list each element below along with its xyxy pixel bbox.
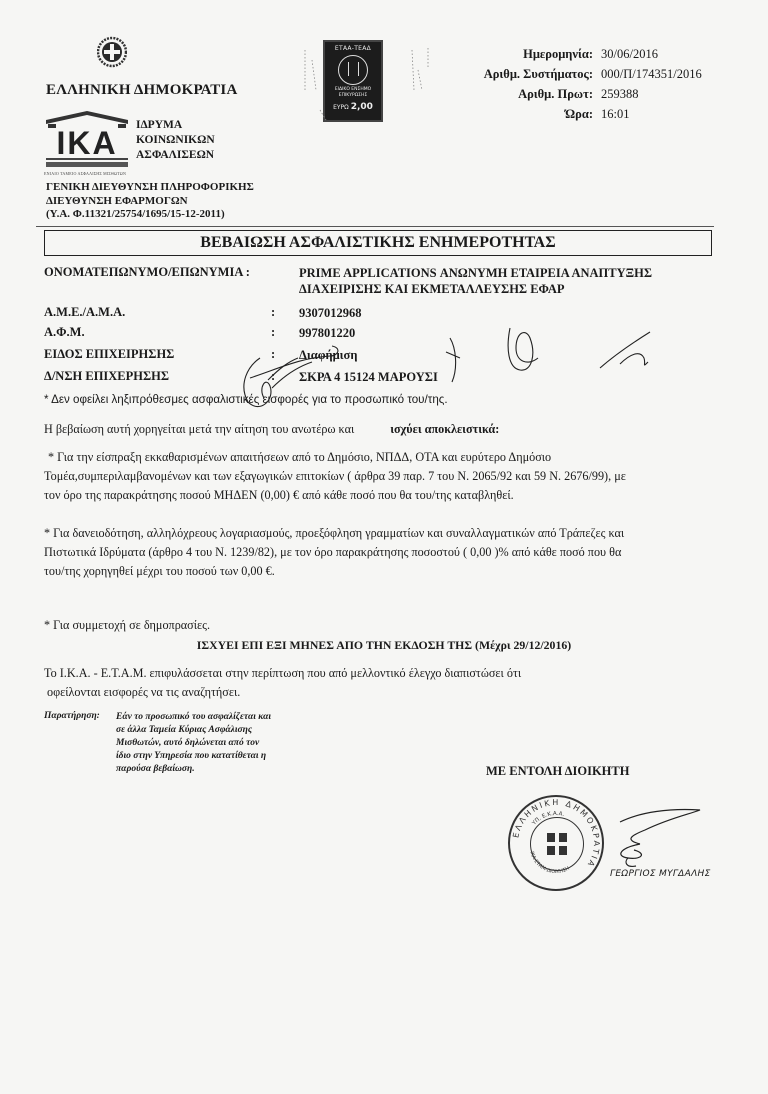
republic-heading: ΕΛΛΗΝΙΚΗ ΔΗΜΟΚΡΑΤΙΑ	[46, 82, 237, 99]
institution-name: ΙΔΡΥΜΑ ΚΟΙΝΩΝΙΚΩΝ ΑΣΦΑΛΙΣΕΩΝ	[136, 118, 215, 163]
field-label-afm: Α.Φ.Μ.	[44, 325, 85, 340]
handwritten-initials	[220, 318, 660, 418]
meta-time: Ώρα:16:01	[468, 104, 702, 124]
meta-system-number: Αριθμ. Συστήματος:000/Π/174351/2016	[468, 64, 702, 84]
meta-date: Ημερομηνία:30/06/2016	[468, 44, 702, 64]
intro-text: Η βεβαίωση αυτή χορηγείται μετά την αίτη…	[44, 420, 499, 439]
document-title: ΒΕΒΑΙΩΣΗ ΑΣΦΑΛΙΣΤΙΚΗΣ ΕΝΗΜΕΡΟΤΗΤΑΣ	[44, 230, 712, 256]
seal-cross-icon	[547, 833, 567, 855]
stamp-cancellation-marks	[300, 40, 450, 130]
meta-protocol-number: Αριθμ. Πρωτ:259388	[468, 84, 702, 104]
clause-public-sector: * Για την είσπραξη εκκαθαρισμένων απαιτή…	[44, 448, 626, 505]
official-seal: ΕΛΛΗΝΙΚΗ ΔΗΜΟΚΡΑΤΙΑ ΥΠ. Ε.Κ.Α.Α. ΙΚΑ-ΕΤΑ…	[508, 795, 604, 891]
note-text: Εάν το προσωπικό του ασφαλίζεται και σε …	[116, 711, 336, 776]
clause-auctions: * Για συμμετοχή σε δημοπρασίες.	[44, 616, 210, 635]
clause-banks: * Για δανειοδότηση, αλληλόχρεους λογαρια…	[44, 524, 624, 581]
signer-name: ΓΕΩΡΓΙΟΣ ΜΥΓΔΑΛΗΣ	[610, 869, 711, 879]
ika-logo: IKA	[44, 110, 130, 174]
reservation-text: Το Ι.Κ.Α. - Ε.Τ.Α.Μ. επιφυλάσσεται στην …	[44, 664, 521, 702]
coat-of-arms-icon	[97, 36, 127, 68]
directorate: ΓΕΝΙΚΗ ΔΙΕΥΘΥΝΣΗ ΠΛΗΡΟΦΟΡΙΚΗΣ ΔΙΕΥΘΥΝΣΗ …	[46, 181, 254, 222]
handwritten-signature	[600, 800, 720, 880]
field-label-ame: Α.Μ.Ε./Α.Μ.Α.	[44, 305, 125, 320]
field-label-address: Δ/ΝΣΗ ΕΠΙΧΕΡΗΣΗΣ	[44, 369, 169, 384]
document-meta: Ημερομηνία:30/06/2016 Αριθμ. Συστήματος:…	[468, 44, 702, 124]
authority-line: ΜΕ ΕΝΤΟΛΗ ΔΙΟΙΚΗΤΗ	[486, 764, 629, 779]
field-label-business-type: ΕΙΔΟΣ ΕΠΙΧΕΙΡΗΣΗΣ	[44, 347, 174, 362]
note-label: Παρατήρηση:	[44, 711, 100, 721]
header-divider	[36, 226, 714, 227]
ika-logo-subtitle: ΕΝΙΑΙΟ ΤΑΜΕΙΟ ΑΣΦΑΛΙΣΗΣ ΜΙΣΘΩΤΩΝ	[44, 171, 126, 176]
field-value-name: PRIME APPLICATIONS ΑΝΩΝΥΜΗ ΕΤΑΙΡΕΙΑ ΑΝΑΠ…	[299, 265, 652, 297]
svg-text:IKA: IKA	[56, 125, 117, 161]
validity-statement: ΙΣΧΥΕΙ ΕΠΙ ΕΞΙ ΜΗΝΕΣ ΑΠΟ ΤΗΝ ΕΚΔΟΣΗ ΤΗΣ …	[0, 636, 768, 655]
field-label-name: ΟΝΟΜΑΤΕΠΩΝΥΜΟ/ΕΠΩΝΥΜΙΑ :	[44, 265, 250, 280]
